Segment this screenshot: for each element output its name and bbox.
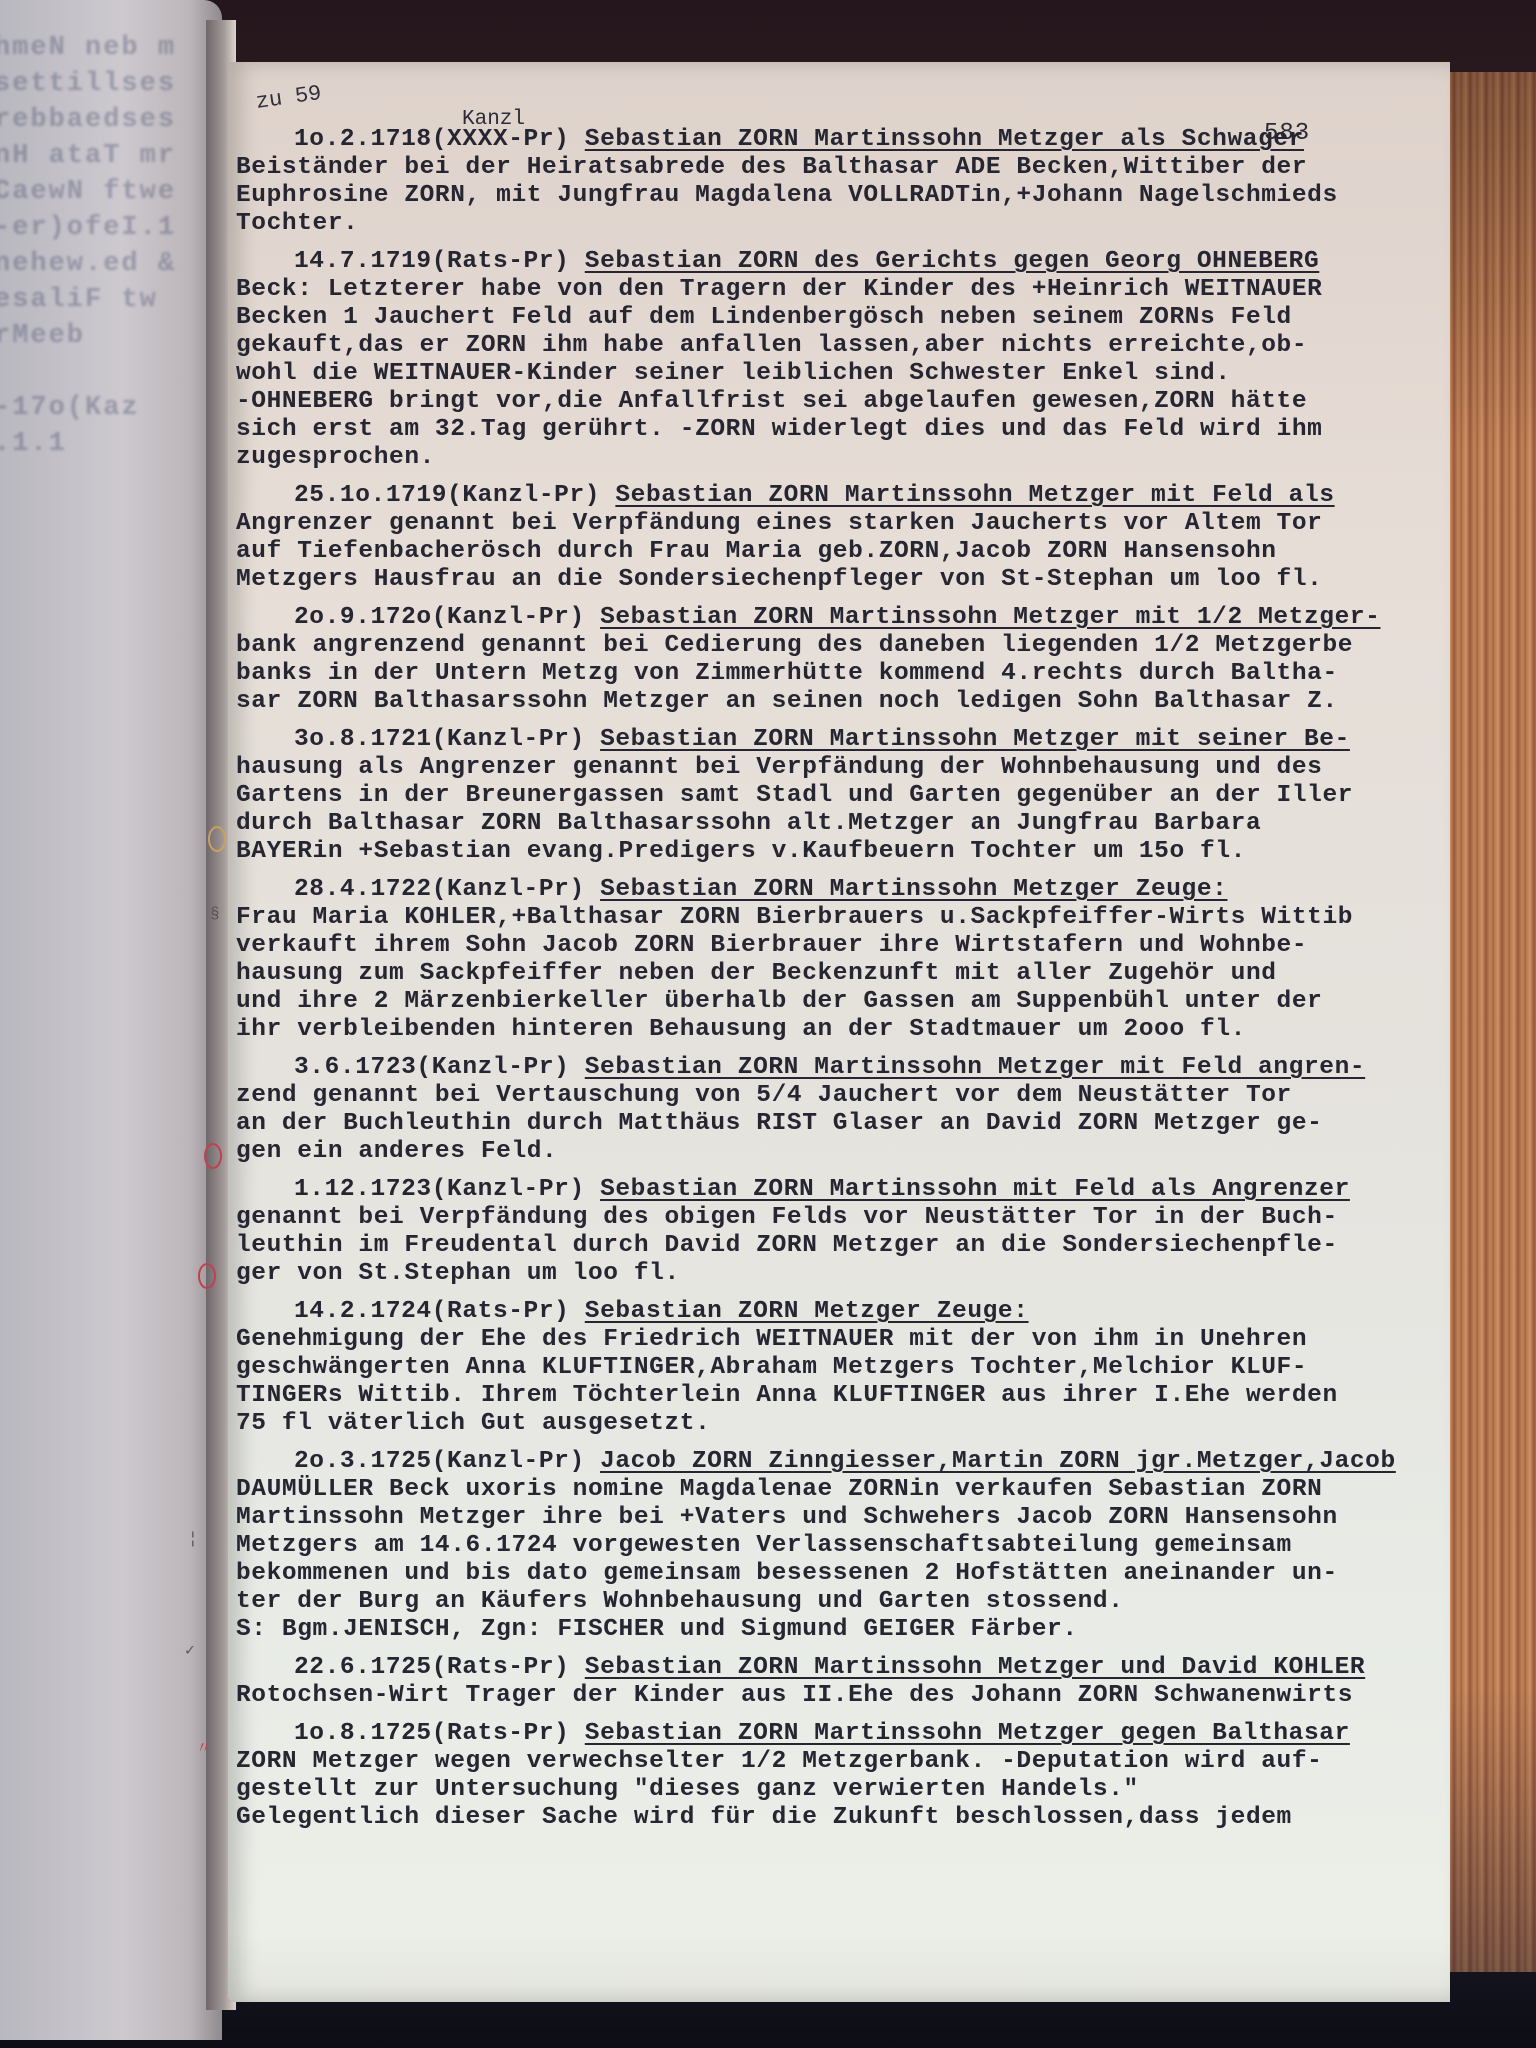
entry-body-line: -OHNEBERG bringt vor,die Anfallfrist sei… [236,388,1476,416]
margin-mark-circle [204,1143,222,1169]
entry-body-line: 75 fl väterlich Gut ausgesetzt. [236,1410,1476,1438]
entry-date: 25.1o.1719 [294,482,447,509]
entry-body-line: Tochter. [236,210,1476,238]
entry-subject: Sebastian ZORN Metzger Zeuge: [585,1298,1029,1325]
register-entry: 1o.8.1725(Rats-Pr) Sebastian ZORN Martin… [236,1720,1476,1832]
entry-body-line: durch Balthasar ZORN Balthasarssohn alt.… [236,810,1476,838]
entry-date: 1o.2.1718 [294,126,432,153]
entry-heading-line: 14.7.1719(Rats-Pr) Sebastian ZORN des Ge… [236,248,1476,276]
entry-body-line: leuthin im Freudental durch David ZORN M… [236,1232,1476,1260]
entry-body-line: zend genannt bei Vertauschung von 5/4 Ja… [236,1082,1476,1110]
entry-body-line: BAYERin +Sebastian evang.Predigers v.Kau… [236,838,1476,866]
entry-heading-line: 3o.8.1721(Kanzl-Pr) Sebastian ZORN Marti… [236,726,1476,754]
entry-source: (Kanzl-Pr) [432,1176,600,1203]
entry-body-line: Becken 1 Jauchert Feld auf dem Lindenber… [236,304,1476,332]
entry-subject: Jacob ZORN Zinngiesser,Martin ZORN jgr.M… [600,1448,1396,1475]
left-page-bleed-text: hmeN neb m settillses rebbaedses nH ataT… [0,30,222,462]
entry-subject: Sebastian ZORN Martinssohn Metzger mit F… [585,1054,1365,1081]
margin-mark-tick: § [210,905,220,923]
entry-body-line: Euphrosine ZORN, mit Jungfrau Magdalena … [236,182,1476,210]
entry-body-line: verkauft ihrem Sohn Jacob ZORN Bierbraue… [236,932,1476,960]
register-entry: 14.7.1719(Rats-Pr) Sebastian ZORN des Ge… [236,248,1476,472]
entry-heading-line: 2o.3.1725(Kanzl-Pr) Jacob ZORN Zinngiess… [236,1448,1476,1476]
register-entry: 25.1o.1719(Kanzl-Pr) Sebastian ZORN Mart… [236,482,1476,594]
entry-body-line: Frau Maria KOHLER,+Balthasar ZORN Bierbr… [236,904,1476,932]
entry-heading-line: 1.12.1723(Kanzl-Pr) Sebastian ZORN Marti… [236,1176,1476,1204]
register-entry: 22.6.1725(Rats-Pr) Sebastian ZORN Martin… [236,1654,1476,1710]
entry-heading-line: 2o.9.172o(Kanzl-Pr) Sebastian ZORN Marti… [236,604,1476,632]
register-entry: 3o.8.1721(Kanzl-Pr) Sebastian ZORN Marti… [236,726,1476,866]
entry-body-line: Gartens in der Breunergassen samt Stadl … [236,782,1476,810]
register-text: 1o.2.1718(XXXX-Pr) Sebastian ZORN Martin… [236,126,1476,1842]
entry-body-line: und ihre 2 Märzenbierkeller überhalb der… [236,988,1476,1016]
margin-mark-tick: ✓ [185,1640,195,1660]
entry-body-line: ihr verbleibenden hinteren Behausung an … [236,1016,1476,1044]
entry-subject: Sebastian ZORN Martinssohn Metzger und D… [585,1654,1365,1681]
entry-body-line: gen ein anderes Feld. [236,1138,1476,1166]
entry-body-line: ter der Burg an Käufers Wohnbehausung un… [236,1588,1476,1616]
entry-source: (Rats-Pr) [432,248,585,275]
margin-mark-circle [208,826,226,852]
entry-body-line: ZORN Metzger wegen verwechselter 1/2 Met… [236,1748,1476,1776]
entry-body-line: ger von St.Stephan um loo fl. [236,1260,1476,1288]
register-entry: 1o.2.1718(XXXX-Pr) Sebastian ZORN Martin… [236,126,1476,238]
entry-heading-line: 14.2.1724(Rats-Pr) Sebastian ZORN Metzge… [236,1298,1476,1326]
entry-heading-line: 3.6.1723(Kanzl-Pr) Sebastian ZORN Martin… [236,1054,1476,1082]
entry-heading-line: 1o.8.1725(Rats-Pr) Sebastian ZORN Martin… [236,1720,1476,1748]
entry-body-line: Martinssohn Metzger ihre bei +Vaters und… [236,1504,1476,1532]
entry-body-line: bekommenen und bis dato gemeinsam besess… [236,1560,1476,1588]
entry-date: 1.12.1723 [294,1176,432,1203]
entry-source: (XXXX-Pr) [432,126,585,153]
entry-body-line: geschwängerten Anna KLUFTINGER,Abraham M… [236,1354,1476,1382]
entry-subject: Sebastian ZORN Martinssohn Metzger Zeuge… [600,876,1227,903]
entry-body-line: DAUMÜLLER Beck uxoris nomine Magdalenae … [236,1476,1476,1504]
entry-subject: Sebastian ZORN Martinssohn Metzger als S… [585,126,1304,153]
entry-subject: Sebastian ZORN Martinssohn mit Feld als … [600,1176,1350,1203]
entry-subject: Sebastian ZORN des Gerichts gegen Georg … [585,248,1320,275]
register-entry: 14.2.1724(Rats-Pr) Sebastian ZORN Metzge… [236,1298,1476,1438]
entry-body-line: Rotochsen-Wirt Trager der Kinder aus II.… [236,1682,1476,1710]
entry-source: (Rats-Pr) [432,1720,585,1747]
entry-body-line: wohl die WEITNAUER-Kinder seiner leiblic… [236,360,1476,388]
entry-date: 2o.3.1725 [294,1448,432,1475]
entry-body-line: gekauft,das er ZORN ihm habe anfallen la… [236,332,1476,360]
entry-body-line: hausung zum Sackpfeiffer neben der Becke… [236,960,1476,988]
entry-body-line: banks in der Untern Metzg von Zimmerhütt… [236,660,1476,688]
left-facing-page: hmeN neb m settillses rebbaedses nH ataT… [0,0,222,2040]
entry-body-line: sich erst am 32.Tag gerührt. -ZORN wider… [236,416,1476,444]
entry-source: (Kanzl-Pr) [447,482,615,509]
margin-mark-circle [198,1263,216,1289]
entry-heading-line: 25.1o.1719(Kanzl-Pr) Sebastian ZORN Mart… [236,482,1476,510]
entry-date: 3.6.1723 [294,1054,416,1081]
entry-source: (Rats-Pr) [432,1654,585,1681]
register-entry: 3.6.1723(Kanzl-Pr) Sebastian ZORN Martin… [236,1054,1476,1166]
entry-body-line: Metzgers am 14.6.1724 vorgewesten Verlas… [236,1532,1476,1560]
entry-heading-line: 28.4.1722(Kanzl-Pr) Sebastian ZORN Marti… [236,876,1476,904]
entry-body-line: an der Buchleuthin durch Matthäus RIST G… [236,1110,1476,1138]
entry-body-line: genannt bei Verpfändung des obigen Felds… [236,1204,1476,1232]
margin-mark-tick: ¦ [188,1530,198,1548]
entry-body-line: Gelegentlich dieser Sache wird für die Z… [236,1804,1476,1832]
entry-heading-line: 1o.2.1718(XXXX-Pr) Sebastian ZORN Martin… [236,126,1476,154]
entry-source: (Rats-Pr) [432,1298,585,1325]
entry-body-line: TINGERs Wittib. Ihrem Töchterlein Anna K… [236,1382,1476,1410]
entry-date: 28.4.1722 [294,876,432,903]
entry-body-line: sar ZORN Balthasarssohn Metzger an seine… [236,688,1476,716]
entry-body-line: auf Tiefenbacherösch durch Frau Maria ge… [236,538,1476,566]
entry-date: 22.6.1725 [294,1654,432,1681]
entry-body-line: gestellt zur Untersuchung "dieses ganz v… [236,1776,1476,1804]
entry-body-line: zugesprochen. [236,444,1476,472]
entry-body-line: Metzgers Hausfrau an die Sondersiechenpf… [236,566,1476,594]
entry-body-line: Beiständer bei der Heiratsabrede des Bal… [236,154,1476,182]
entry-source: (Kanzl-Pr) [432,604,600,631]
entry-body-line: S: Bgm.JENISCH, Zgn: FISCHER und Sigmund… [236,1616,1476,1644]
entry-body-line: bank angrenzend genannt bei Cedierung de… [236,632,1476,660]
register-entry: 1.12.1723(Kanzl-Pr) Sebastian ZORN Marti… [236,1176,1476,1288]
entry-body-line: hausung als Angrenzer genannt bei Verpfä… [236,754,1476,782]
entry-date: 14.2.1724 [294,1298,432,1325]
entry-date: 2o.9.172o [294,604,432,631]
margin-mark-red: 〃 [196,1735,212,1758]
entry-source: (Kanzl-Pr) [432,726,600,753]
register-entry: 2o.9.172o(Kanzl-Pr) Sebastian ZORN Marti… [236,604,1476,716]
entry-subject: Sebastian ZORN Martinssohn Metzger mit F… [615,482,1334,509]
entry-subject: Sebastian ZORN Martinssohn Metzger gegen… [585,1720,1350,1747]
entry-source: (Kanzl-Pr) [432,1448,600,1475]
entry-date: 14.7.1719 [294,248,432,275]
entry-subject: Sebastian ZORN Martinssohn Metzger mit 1… [600,604,1380,631]
entry-source: (Kanzl-Pr) [432,876,600,903]
entry-date: 3o.8.1721 [294,726,432,753]
entry-subject: Sebastian ZORN Martinssohn Metzger mit s… [600,726,1350,753]
entry-date: 1o.8.1725 [294,1720,432,1747]
entry-body-line: Beck: Letzterer habe von den Tragern der… [236,276,1476,304]
entry-body-line: Genehmigung der Ehe des Friedrich WEITNA… [236,1326,1476,1354]
register-entry: 2o.3.1725(Kanzl-Pr) Jacob ZORN Zinngiess… [236,1448,1476,1644]
register-entry: 28.4.1722(Kanzl-Pr) Sebastian ZORN Marti… [236,876,1476,1044]
entry-heading-line: 22.6.1725(Rats-Pr) Sebastian ZORN Martin… [236,1654,1476,1682]
entry-source: (Kanzl-Pr) [416,1054,584,1081]
entry-body-line: Angrenzer genannt bei Verpfändung eines … [236,510,1476,538]
